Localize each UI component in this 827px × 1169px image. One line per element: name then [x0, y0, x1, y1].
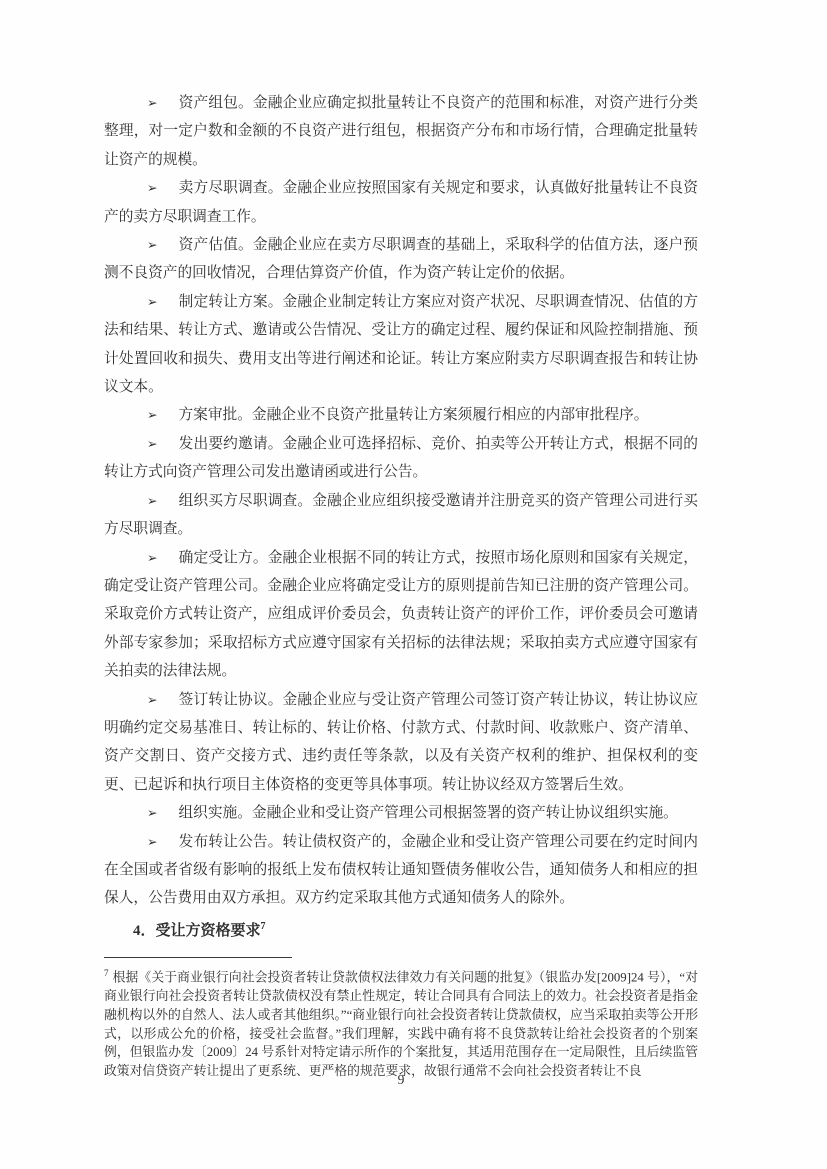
list-item: ➢资产组包。金融企业应确定拟批量转让不良资产的范围和标准，对资产进行分类整理，对… [104, 89, 698, 174]
arrow-bullet-icon: ➢ [147, 407, 157, 422]
list-item: ➢组织买方尽职调查。金融企业应组织接受邀请并注册竞买的资产管理公司进行买方尽职调… [104, 487, 698, 544]
arrow-bullet-icon: ➢ [147, 692, 157, 707]
bullet-text: 卖方尽职调查。金融企业应按照国家有关规定和要求，认真做好批量转让不良资产的卖方尽… [104, 180, 698, 224]
bullet-text: 资产估值。金融企业应在卖方尽职调查的基础上，采取科学的估值方法，逐户预测不良资产… [104, 237, 698, 281]
list-item: ➢卖方尽职调查。金融企业应按照国家有关规定和要求，认真做好批量转让不良资产的卖方… [104, 174, 698, 231]
page-number: 9 [104, 1070, 698, 1090]
bullet-text: 方案审批。金融企业不良资产批量转让方案须履行相应的内部审批程序。 [178, 407, 648, 423]
footnote-separator [104, 957, 292, 958]
document-body: ➢资产组包。金融企业应确定拟批量转让不良资产的范围和标准，对资产进行分类整理，对… [104, 89, 698, 945]
bullet-text: 发布转让公告。转让债权资产的，金融企业和受让资产管理公司要在约定时间内在全国或者… [104, 834, 698, 907]
list-item: ➢资产估值。金融企业应在卖方尽职调查的基础上，采取科学的估值方法，逐户预测不良资… [104, 231, 698, 288]
footnote-body: 根据《关于商业银行向社会投资者转让贷款债权法律效力有关问题的批复》（银监办发[2… [104, 970, 698, 1078]
section-heading: 4．受让方资格要求7 [104, 913, 698, 945]
list-item: ➢确定受让方。金融企业根据不同的转让方式，按照市场化原则和国家有关规定，确定受让… [104, 544, 698, 686]
section-heading-text: 4．受让方资格要求 [133, 923, 261, 939]
footnote-reference: 7 [261, 921, 266, 932]
list-item: ➢发出要约邀请。金融企业可选择招标、竞价、拍卖等公开转让方式，根据不同的转让方式… [104, 430, 698, 487]
list-item: ➢组织实施。金融企业和受让资产管理公司根据签署的资产转让协议组织实施。 [104, 799, 698, 827]
list-item: ➢方案审批。金融企业不良资产批量转让方案须履行相应的内部审批程序。 [104, 401, 698, 429]
footnote-marker: 7 [104, 968, 109, 978]
bullet-text: 资产组包。金融企业应确定拟批量转让不良资产的范围和标准，对资产进行分类整理，对一… [104, 95, 698, 168]
list-item: ➢发布转让公告。转让债权资产的，金融企业和受让资产管理公司要在约定时间内在全国或… [104, 828, 698, 913]
footnote-text: 7根据《关于商业银行向社会投资者转让贷款债权法律效力有关问题的批复》（银监办发[… [104, 964, 698, 1081]
bullet-text: 组织买方尽职调查。金融企业应组织接受邀请并注册竞买的资产管理公司进行买方尽职调查… [104, 493, 698, 537]
arrow-bullet-icon: ➢ [147, 237, 157, 252]
arrow-bullet-icon: ➢ [147, 550, 157, 565]
document-page: ➢资产组包。金融企业应确定拟批量转让不良资产的范围和标准，对资产进行分类整理，对… [0, 0, 827, 1169]
footnote-area: 7根据《关于商业银行向社会投资者转让贷款债权法律效力有关问题的批复》（银监办发[… [104, 957, 698, 1081]
bullet-text: 发出要约邀请。金融企业可选择招标、竞价、拍卖等公开转让方式，根据不同的转让方式向… [104, 436, 698, 480]
bullet-text: 制定转让方案。金融企业制定转让方案应对资产状况、尽职调查情况、估值的方法和结果、… [104, 294, 698, 395]
list-item: ➢制定转让方案。金融企业制定转让方案应对资产状况、尽职调查情况、估值的方法和结果… [104, 288, 698, 402]
bullet-text: 确定受让方。金融企业根据不同的转让方式，按照市场化原则和国家有关规定，确定受让资… [104, 550, 698, 680]
arrow-bullet-icon: ➢ [147, 95, 157, 110]
arrow-bullet-icon: ➢ [147, 180, 157, 195]
list-item: ➢签订转让协议。金融企业应与受让资产管理公司签订资产转让协议，转让协议应明确约定… [104, 686, 698, 800]
arrow-bullet-icon: ➢ [147, 834, 157, 849]
arrow-bullet-icon: ➢ [147, 436, 157, 451]
arrow-bullet-icon: ➢ [147, 294, 157, 309]
arrow-bullet-icon: ➢ [147, 805, 157, 820]
arrow-bullet-icon: ➢ [147, 493, 157, 508]
bullet-text: 组织实施。金融企业和受让资产管理公司根据签署的资产转让协议组织实施。 [178, 805, 677, 821]
bullet-text: 签订转让协议。金融企业应与受让资产管理公司签订资产转让协议，转让协议应明确约定交… [104, 692, 698, 793]
